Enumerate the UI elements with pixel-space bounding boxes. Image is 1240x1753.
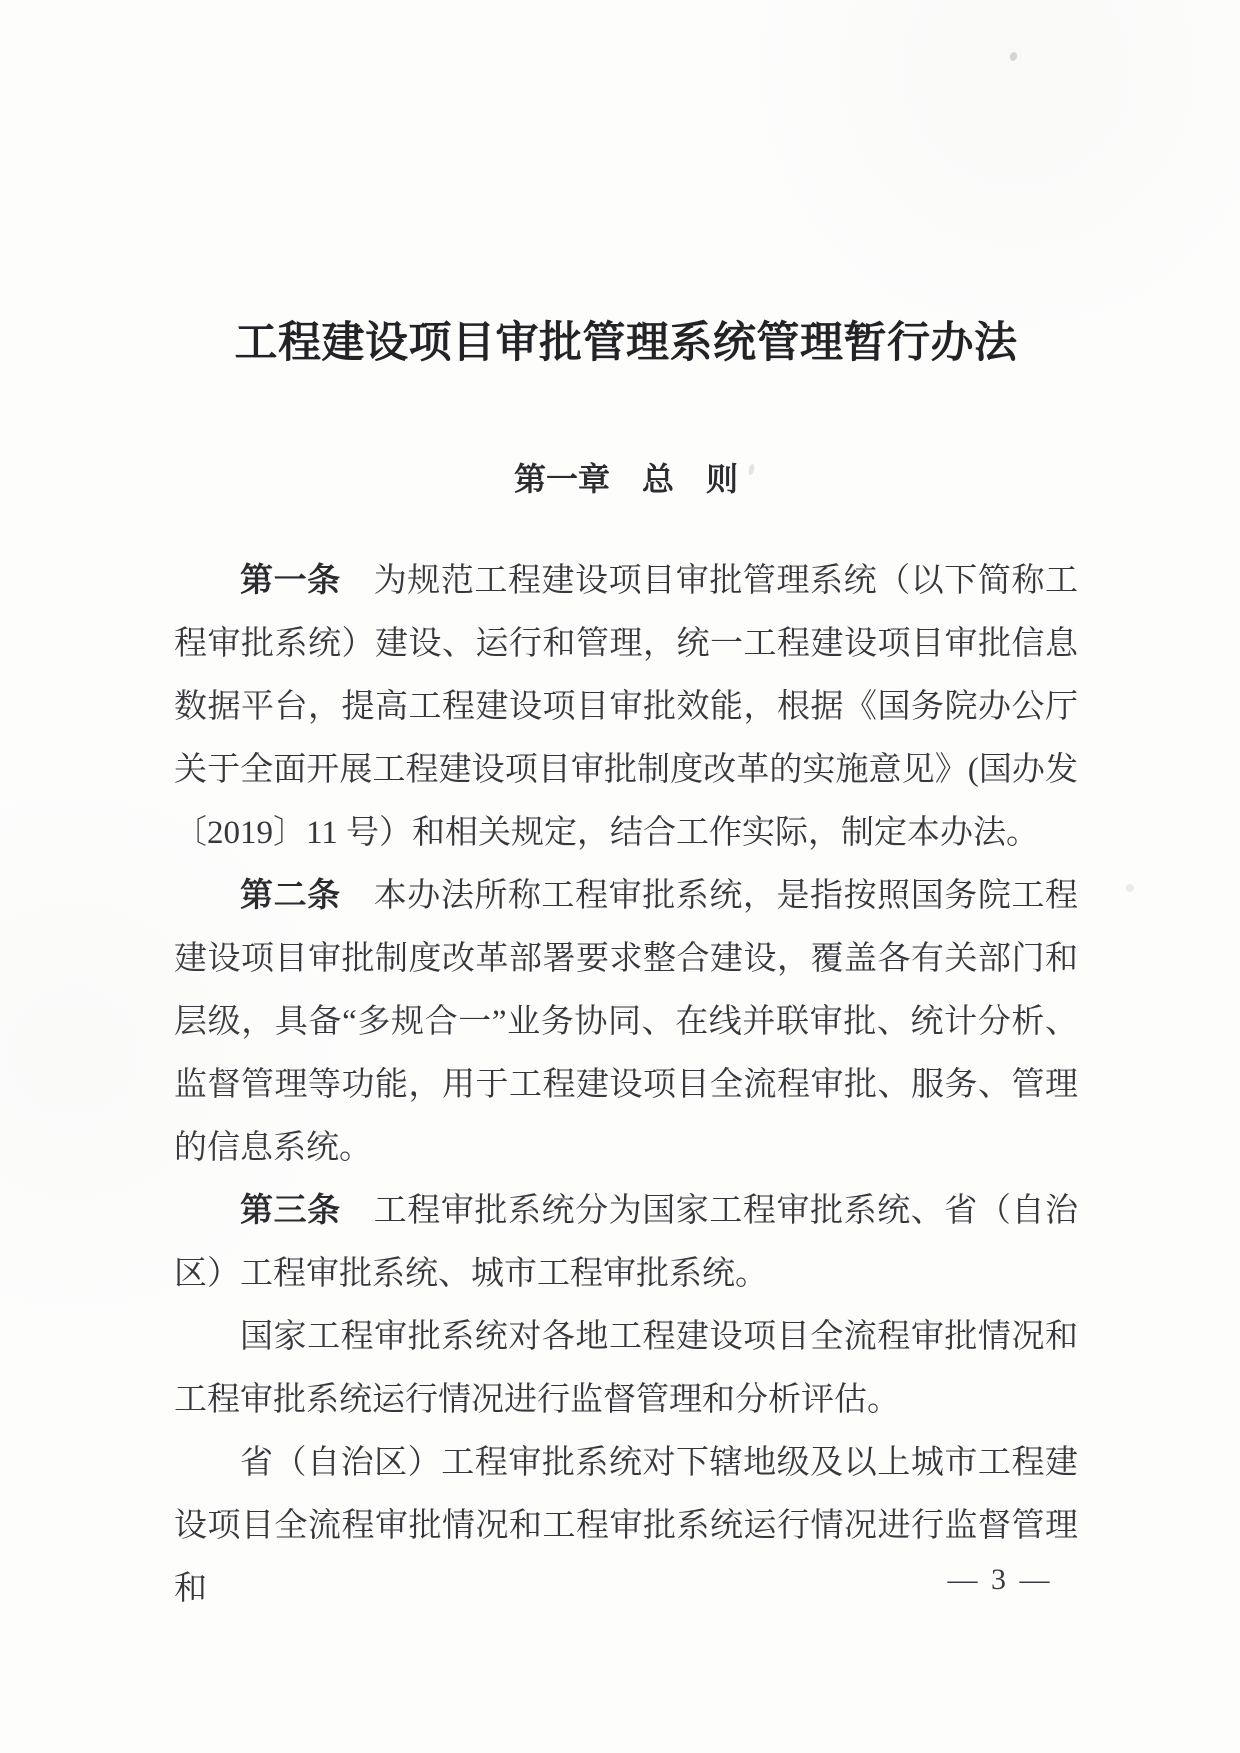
document-title: 工程建设项目审批管理系统管理暂行办法 (174, 318, 1078, 370)
article-2-lead: 第二条 (240, 878, 341, 914)
scan-artifact (1009, 51, 1018, 62)
paragraph-national-system: 国家工程审批系统对各地工程建设项目全流程审批情况和工程审批系统运行情况进行监督管… (174, 1306, 1078, 1432)
scanned-document-page: 工程建设项目审批管理系统管理暂行办法 第一章 总 则 第一条为规范工程建设项目审… (0, 0, 1240, 1753)
article-1-lead: 第一条 (240, 563, 341, 599)
article-2-text: 本办法所称工程审批系统，是指按照国务院工程建设项目审批制度改革部署要求整合建设，… (174, 878, 1078, 1166)
article-3-lead: 第三条 (240, 1193, 341, 1229)
paragraph-article-2: 第二条本办法所称工程审批系统，是指按照国务院工程建设项目审批制度改革部署要求整合… (174, 865, 1078, 1180)
chapter-heading: 第一章 总 则 (174, 459, 1078, 499)
paragraph-article-1: 第一条为规范工程建设项目审批管理系统（以下简称工程审批系统）建设、运行和管理，统… (174, 550, 1078, 865)
page-number: — 3 — (930, 1563, 1070, 1597)
paragraph-article-3: 第三条工程审批系统分为国家工程审批系统、省（自治区）工程审批系统、城市工程审批系… (174, 1180, 1078, 1306)
paragraph-national-system-text: 国家工程审批系统对各地工程建设项目全流程审批情况和工程审批系统运行情况进行监督管… (174, 1319, 1078, 1418)
article-1-text: 为规范工程建设项目审批管理系统（以下简称工程审批系统）建设、运行和管理，统一工程… (174, 563, 1078, 851)
scan-artifact (1126, 884, 1134, 892)
document-body: 第一条为规范工程建设项目审批管理系统（以下简称工程审批系统）建设、运行和管理，统… (174, 550, 1078, 1621)
